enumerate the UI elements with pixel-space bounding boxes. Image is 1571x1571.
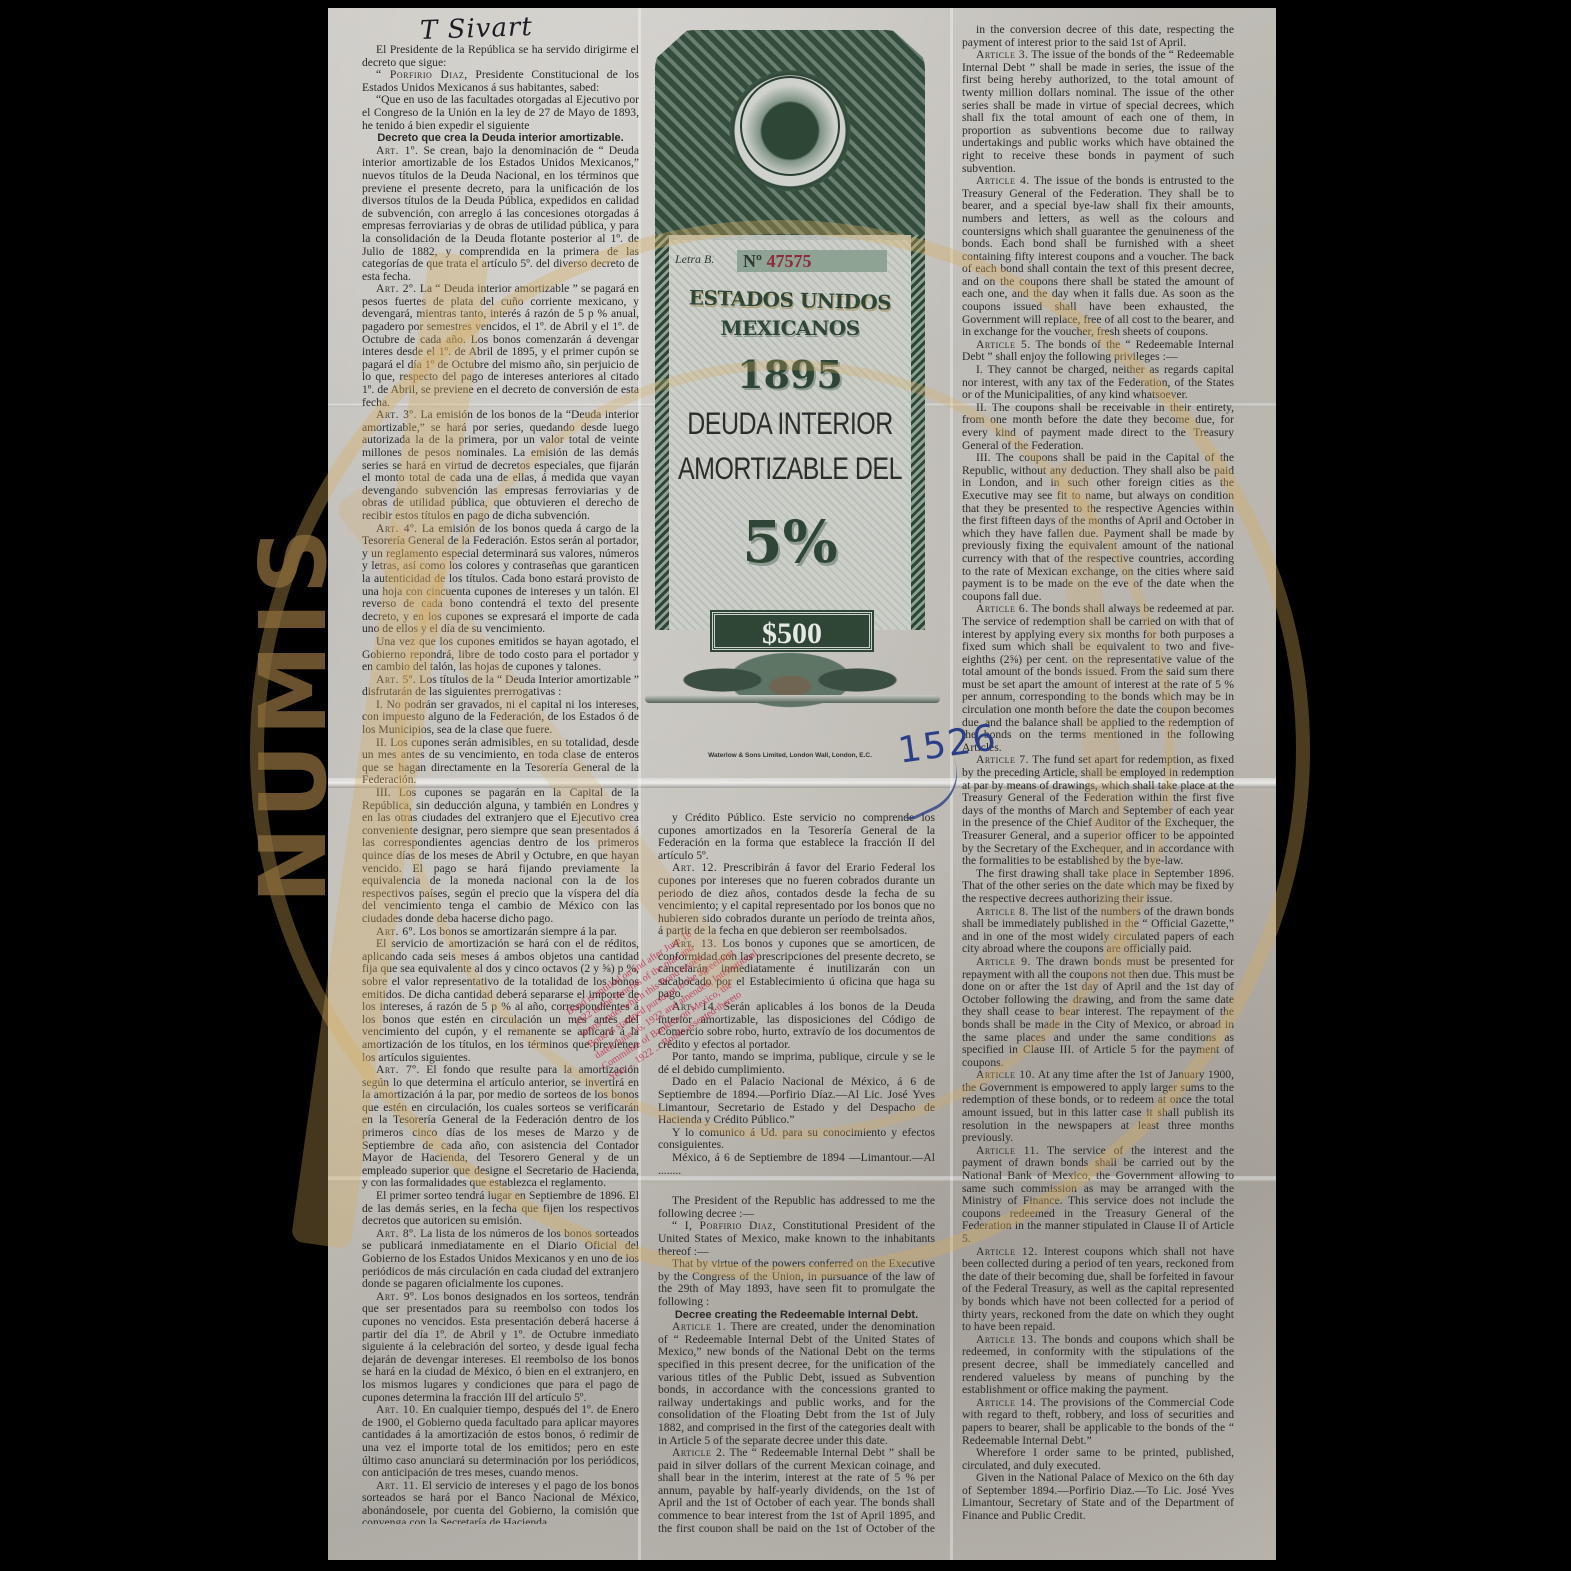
paragraph: Art. 11. El servicio de intereses y el p… xyxy=(362,1480,639,1524)
paragraph: Art. 4º. La emisión de los bonos queda á… xyxy=(362,523,639,636)
paragraph: México, á 6 de Septiembre de 1894 —Liman… xyxy=(658,1152,935,1177)
article-label: Article 5. xyxy=(976,338,1031,351)
paragraph: Art. 2º. La “ Deuda interior amortizable… xyxy=(362,283,639,409)
bond-year: 1895 xyxy=(655,352,925,397)
paragraph: I. They cannot be charged, neither as re… xyxy=(962,364,1234,402)
paragraph: Art. 9º. Los bonos designados en los sor… xyxy=(362,1291,639,1404)
paragraph: Wherefore I order same to be printed, pu… xyxy=(962,1447,1234,1472)
paragraph: Article 1. There are created, under the … xyxy=(658,1321,935,1447)
paragraph: II. The coupons shall be receivable in t… xyxy=(962,402,1234,452)
paragraph: III. The coupons shall be paid in the Ca… xyxy=(962,452,1234,603)
paragraph: Article 5. The bonds of the “ Redeemable… xyxy=(962,339,1234,364)
spanish-text-column: El Presidente de la República se ha serv… xyxy=(362,44,639,1524)
paragraph: Art. 3º. La emisión de los bonos de la “… xyxy=(362,409,639,522)
paragraph: That by virtue of the powers conferred o… xyxy=(658,1258,935,1308)
english-text-column: in the conversion decree of this date, r… xyxy=(962,24,1234,1524)
paragraph: Art. 13. Los bonos y cupones que se amor… xyxy=(658,938,935,1001)
article-label: Art. 11. xyxy=(376,1479,418,1492)
paragraph: Una vez que los cupones emitidos se haya… xyxy=(362,636,639,674)
paragraph: El Presidente de la República se ha serv… xyxy=(362,44,639,69)
article-label: Article 8. xyxy=(976,905,1029,918)
article-label: Article 1. xyxy=(672,1320,726,1333)
paragraph: Article 3. The issue of the bonds of the… xyxy=(962,49,1234,175)
article-label: Article 11. xyxy=(976,1144,1039,1157)
article-label: Art. 4º. xyxy=(376,522,418,535)
paragraph: Article 2. The “ Redeemable Internal Deb… xyxy=(658,1447,935,1532)
paragraph: Given in the National Palace of Mexico o… xyxy=(962,1472,1234,1522)
article-label: “ I, Porfirio Diaz, xyxy=(672,1219,776,1232)
paragraph: Article 14. The provisions of the Commer… xyxy=(962,1397,1234,1447)
series-label: Letra B. xyxy=(675,252,714,267)
paragraph: El primer sorteo tendrá lugar en Septiem… xyxy=(362,1190,639,1228)
paragraph: III. Los cupones se pagarán en la Capita… xyxy=(362,787,639,926)
paragraph: El servicio de amortización se hará con … xyxy=(362,938,639,1064)
paragraph: Por tanto, mando se imprima, publique, c… xyxy=(658,1051,935,1076)
paragraph: Article 13. The bonds and coupons which … xyxy=(962,1334,1234,1397)
paragraph: Article 4. The issue of the bonds is ent… xyxy=(962,175,1234,339)
paragraph: I. No podrán ser gravados, ni el capital… xyxy=(362,699,639,737)
serial-number-box: Nº 47575 xyxy=(737,250,887,272)
article-label: Article 14. xyxy=(976,1396,1036,1409)
article-label: Art. 2º. xyxy=(376,282,417,295)
handwritten-signature: T Sivart xyxy=(420,12,534,46)
scroll-rod xyxy=(645,695,940,703)
article-label: Article 2. xyxy=(672,1446,726,1459)
article-label: “ Porfirio Diaz, xyxy=(376,68,468,81)
article-label: Article 6. xyxy=(976,602,1029,615)
bond-title-line-1: DEUDA INTERIOR xyxy=(655,406,925,442)
paragraph: Article 9. The drawn bonds must be prese… xyxy=(962,956,1234,1069)
article-label: Art. 9º. xyxy=(376,1290,418,1303)
paragraph: Article 10. At any time after the 1st of… xyxy=(962,1069,1234,1145)
paragraph: Art. 10. En cualquier tiempo, después de… xyxy=(362,1404,639,1480)
issuer-line-2: MEXICANOS xyxy=(655,316,925,340)
article-label: Article 4. xyxy=(976,174,1030,187)
article-label: Article 12. xyxy=(976,1245,1038,1258)
paragraph: Art. 7º. El fondo que resulte para la am… xyxy=(362,1064,639,1190)
article-label: Art. 10. xyxy=(376,1403,419,1416)
article-label: Article 9. xyxy=(976,955,1031,968)
middle-text-column: y Crédito Público. Este servicio no comp… xyxy=(658,812,935,1532)
paragraph: Article 11. The service of the interest … xyxy=(962,1145,1234,1246)
article-label: Article 10. xyxy=(976,1068,1035,1081)
paragraph: in the conversion decree of this date, r… xyxy=(962,24,1234,49)
paragraph: Dado en el Palacio Nacional de México, á… xyxy=(658,1076,935,1126)
article-label: Art. 8º. xyxy=(376,1227,417,1240)
paragraph: Y lo comunico á Ud. para su conocimiento… xyxy=(658,1127,935,1152)
printer-imprint: Waterlow & Sons Limited, London Wall, Lo… xyxy=(655,752,925,759)
article-label: Art. 1º. xyxy=(376,144,418,157)
paragraph: Art. 5º. Los títulos de la “ Deuda Inter… xyxy=(362,674,639,699)
article-label: Article 13. xyxy=(976,1333,1037,1346)
paragraph: Art. 1º. Se crean, bajo la denominación … xyxy=(362,145,639,284)
paragraph: Art. 14. Serán aplicables á los bonos de… xyxy=(658,1001,935,1051)
mexican-eagle-emblem-icon xyxy=(740,76,840,176)
paragraph: Art. 12. Prescribirán á favor del Erario… xyxy=(658,862,935,938)
article-label: Art. 3º. xyxy=(376,408,417,421)
article-label: Article 3. xyxy=(976,48,1029,61)
paragraph: II. Los cupones serán admisibles, en su … xyxy=(362,737,639,787)
bond-vignette: Letra B. Nº 47575 ESTADOS UNIDOS MEXICAN… xyxy=(655,30,925,730)
paragraph: The first drawing shall take place in Se… xyxy=(962,868,1234,906)
paragraph: Article 6. The bonds shall always be red… xyxy=(962,603,1234,754)
article-label: Art. 5º. xyxy=(376,673,416,686)
paragraph: Article 12. Interest coupons which shall… xyxy=(962,1246,1234,1334)
paragraph: Article 8. The list of the numbers of th… xyxy=(962,906,1234,956)
paragraph: Article 7. The fund set apart for redemp… xyxy=(962,754,1234,867)
article-label: Art. 13. xyxy=(672,937,717,950)
serial-number: 47575 xyxy=(766,251,811,271)
serial-prefix: Nº xyxy=(743,251,762,271)
paragraph: “ I, Porfirio Diaz, Constitutional Presi… xyxy=(658,1220,935,1258)
interest-rate: 5% xyxy=(655,508,925,576)
paragraph: Art. 8º. La lista de los números de los … xyxy=(362,1228,639,1291)
article-label: Art. 7º. xyxy=(376,1063,420,1076)
mask-scroll-ornament xyxy=(655,620,925,740)
paragraph: The President of the Republic has addres… xyxy=(658,1195,935,1220)
article-label: Art. 12. xyxy=(672,861,717,874)
bond-title-line-2: AMORTIZABLE DEL xyxy=(655,451,925,487)
paragraph: “Que en uso de las facultades otorgadas … xyxy=(362,94,639,132)
paragraph: “ Porfirio Diaz, Presidente Constitucion… xyxy=(362,69,639,94)
article-label: Art. 6º. xyxy=(376,925,416,938)
article-label: Art. 14. xyxy=(672,1000,718,1013)
paragraph: y Crédito Público. Este servicio no comp… xyxy=(658,812,935,862)
paragraph: And I communicate same to you for your i… xyxy=(962,1523,1234,1524)
